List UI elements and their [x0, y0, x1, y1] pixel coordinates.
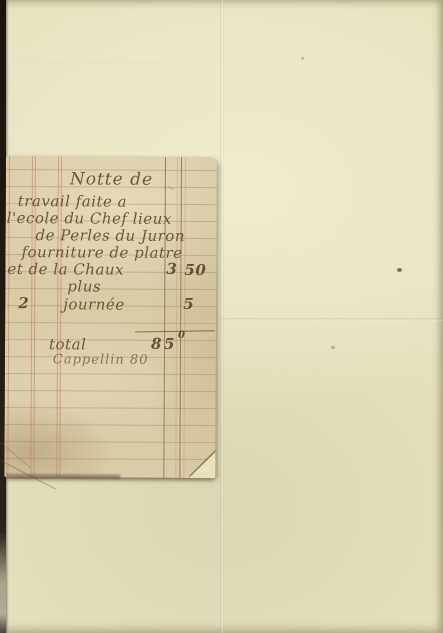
total-centimes: 5 — [164, 335, 175, 353]
entry-chaux-francs: 3 — [166, 260, 177, 278]
total-label: total — [49, 335, 86, 353]
entry-journee-amount: 5 — [183, 295, 194, 313]
paper-speck — [301, 57, 304, 60]
entry-journee-quantity: 2 — [18, 294, 29, 312]
note-title-line: Notte de — [70, 169, 153, 189]
note-line-perles: de Perles du Juron — [36, 226, 186, 245]
signature: Cappellin 80 — [53, 352, 149, 368]
entry-journee-description: journée — [63, 295, 125, 313]
folded-corner — [189, 450, 215, 478]
handwritten-note-paper: ~ Notte de travail faite a l'ecole du Ch… — [4, 156, 217, 478]
note-line-ecole: l'ecole du Chef lieux — [7, 209, 172, 228]
horizontal-crease-right — [222, 318, 443, 321]
entry-chaux-centimes: 50 — [184, 261, 206, 279]
total-francs: 8 — [151, 335, 162, 353]
paper-speck — [331, 346, 335, 349]
entry-chaux-description: et de la Chaux — [7, 260, 124, 279]
note-line-travail: travail faite a — [18, 192, 127, 211]
note-line-plus: plus — [67, 277, 101, 295]
scanned-document-page: ~ Notte de travail faite a l'ecole du Ch… — [0, 0, 443, 633]
center-fold-crease — [220, 0, 224, 633]
total-superscript: 0 — [178, 330, 186, 341]
note-line-fourniture: fourniture de platre — [21, 243, 182, 262]
horizontal-crease-top — [10, 62, 222, 64]
paper-speck — [397, 268, 402, 272]
